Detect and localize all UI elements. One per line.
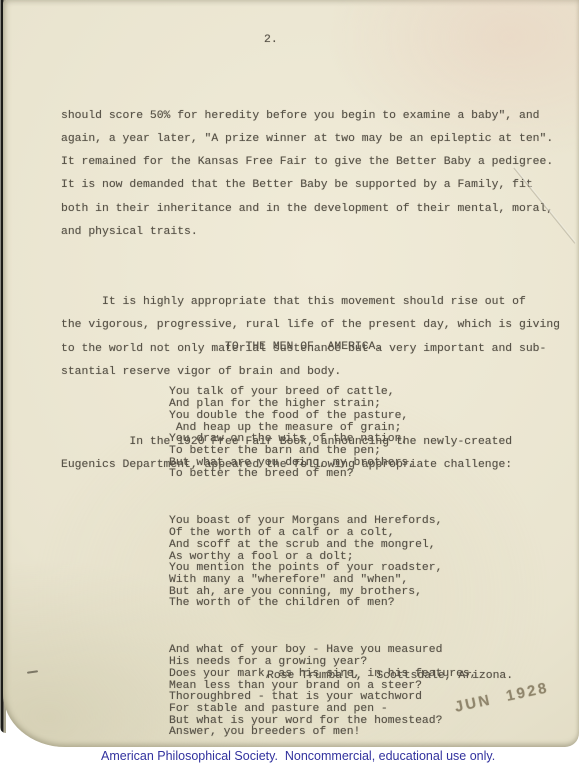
poem-line: To better the barn and the pen; [169,446,477,458]
poem-line: Answer, you breeders of men! [169,727,477,739]
text-line: the vigorous, progressive, rural life of… [61,314,560,337]
poem-stanza: You boast of your Morgans and Herefords,… [169,516,477,610]
paper-scratch [27,670,38,674]
poem-stanza: You talk of your breed of cattle,And pla… [169,387,477,481]
poem-line: With many a "wherefore" and "when", [169,575,477,587]
text-line: should score 50% for heredity before you… [61,105,560,128]
poem: You talk of your breed of cattle,And pla… [169,364,477,763]
scan-viewport: 2. should score 50% for heredity before … [0,0,579,770]
document-page: 2. should score 50% for heredity before … [3,0,579,747]
text-line: and physical traits. [61,221,560,244]
attribution-text: American Philosophical Society. Noncomme… [101,749,495,763]
poem-line: To better the breed of men? [169,469,477,481]
paragraph: should score 50% for heredity before you… [61,105,560,245]
poem-line: And scoff at the scrub and the mongrel, [169,540,477,552]
poem-line: The worth of the children of men? [169,598,477,610]
stamp-year: 1928 [504,679,550,705]
poem-line: For stable and pasture and pen - [169,704,477,716]
text-line: again, a year later, "A prize winner at … [61,128,560,151]
poem-title: TO THE MEN OF AMERICA. [225,341,382,353]
text-line: both in their inheritance and in the dev… [61,198,560,221]
text-line: It remained for the Kansas Free Fair to … [61,151,560,174]
poem-stanza: And what of your boy - Have you measured… [169,645,477,739]
text-line: It is highly appropriate that this movem… [61,291,560,314]
text-line: It is now demanded that the Better Baby … [61,174,560,197]
poem-line: You double the food of the pasture, [169,411,477,423]
author-signature: Rose Trumball, Scottsdale, Arizona. [267,670,513,682]
page-number: 2. [264,34,278,46]
attribution-bar: American Philosophical Society. Noncomme… [0,747,579,770]
